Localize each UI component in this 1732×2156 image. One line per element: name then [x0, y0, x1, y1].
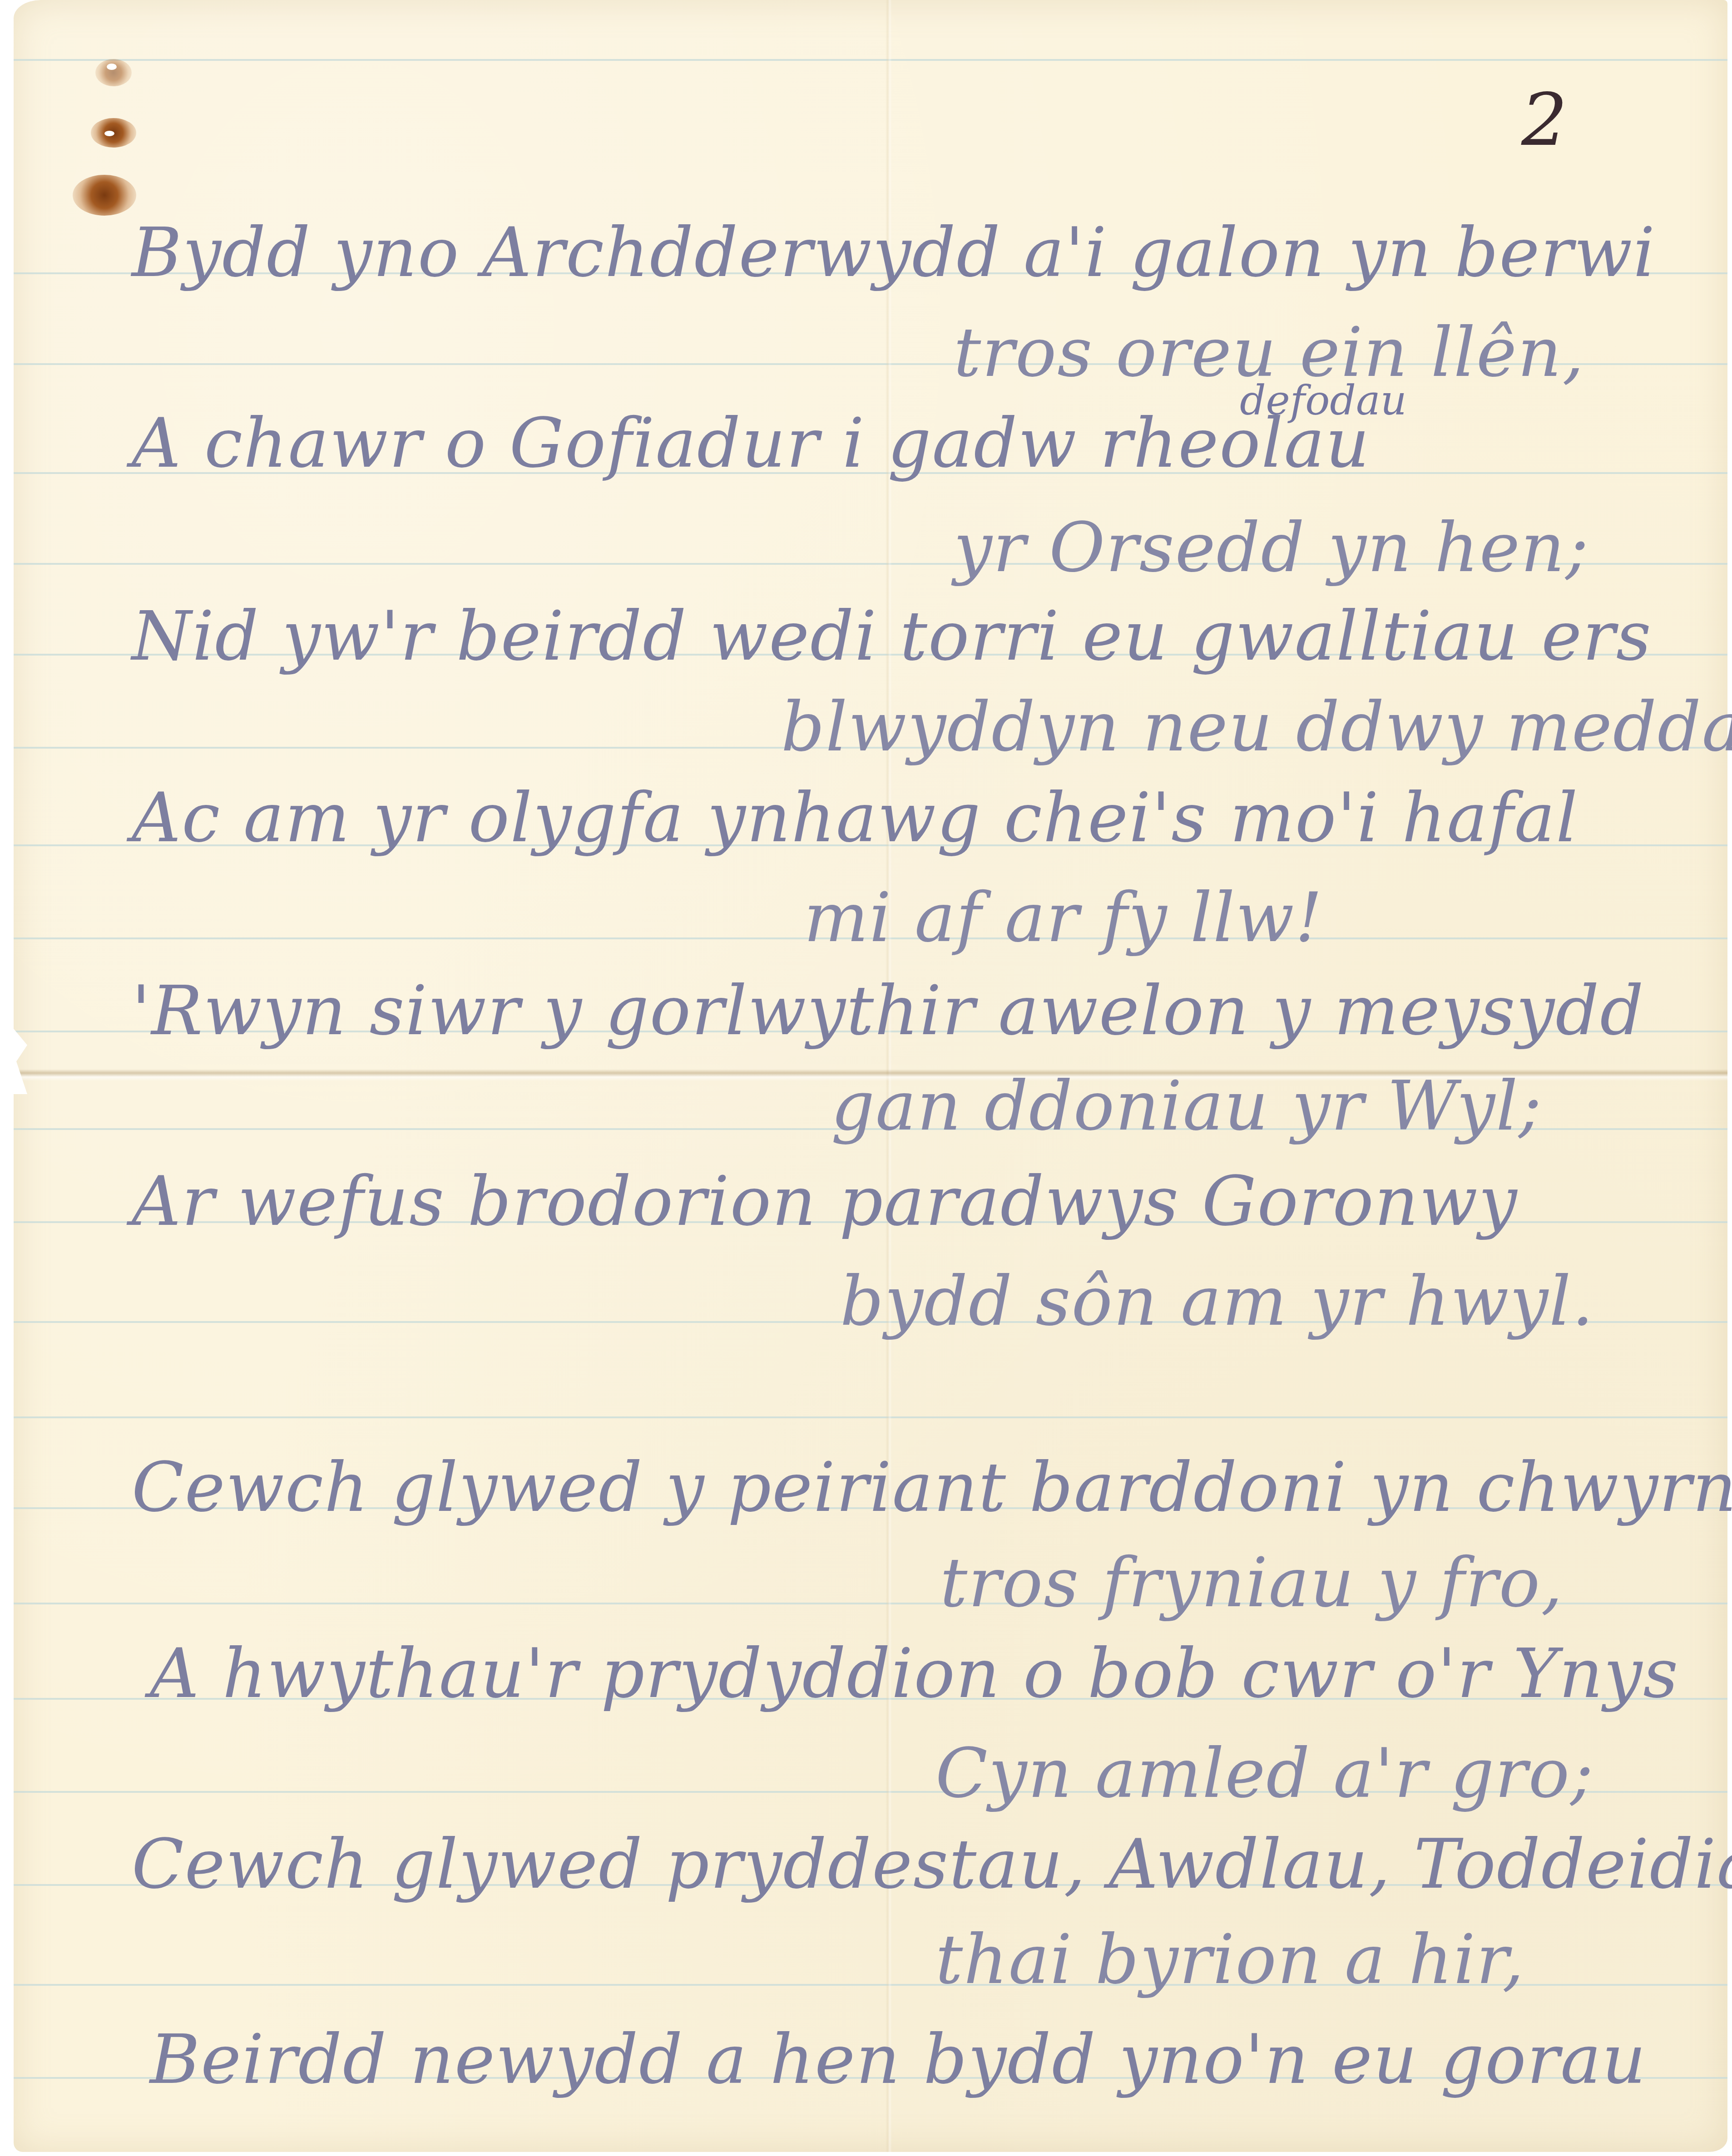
poem-line: A chawr o Gofiadur i gadw rheolau	[132, 404, 1370, 483]
poem-line: Bydd yno Archdderwydd a'i galon yn berwi	[132, 213, 1656, 292]
poem-line: yr Orsedd yn hen;	[954, 508, 1589, 587]
poem-line: 'Rwyn siwr y gorlwythir awelon y meysydd	[132, 972, 1644, 1051]
poem-line: bydd sôn am yr hwyl.	[840, 1262, 1594, 1341]
staple-hole-icon	[104, 131, 114, 136]
page-number: 2	[1521, 77, 1568, 162]
poem-line: tros fryniau y fro,	[940, 1544, 1564, 1623]
poem-line: mi af ar fy llw!	[804, 878, 1323, 957]
ruled-line	[14, 59, 1727, 61]
poem-line: gan ddoniau yr Wyl;	[831, 1067, 1543, 1146]
poem-line: blwyddyn neu ddwy medda nhw,	[781, 688, 1732, 767]
rust-stain-hole-bottom	[73, 175, 136, 216]
poem-line: Ac am yr olygfa ynhawg chei's mo'i hafal	[132, 779, 1579, 858]
staple-hole-icon	[107, 64, 117, 70]
rust-stain-hole-top	[95, 59, 132, 86]
poem-line: thai byrion a hir,	[935, 1920, 1525, 1999]
ruled-line	[14, 1416, 1727, 1418]
poem-line: Cewch glywed pryddestau, Awdlau, Toddeid…	[132, 1825, 1732, 1904]
poem-line: Ar wefus brodorion paradwys Goronwy	[132, 1162, 1518, 1241]
poem-line: Cewch glywed y peiriant barddoni yn chwy…	[132, 1448, 1732, 1527]
manuscript-page: 2 defodau Bydd yno Archdderwydd a'i galo…	[14, 0, 1727, 2152]
poem-line: Nid yw'r beirdd wedi torri eu gwalltiau …	[132, 597, 1652, 676]
poem-line: tros oreu ein llên,	[954, 313, 1585, 392]
poem-line: Beirdd newydd a hen bydd yno'n eu gorau	[150, 2020, 1647, 2099]
poem-line: Cyn amled a'r gro;	[935, 1734, 1594, 1813]
poem-line: A hwythau'r prydyddion o bob cwr o'r Yny…	[150, 1634, 1679, 1713]
